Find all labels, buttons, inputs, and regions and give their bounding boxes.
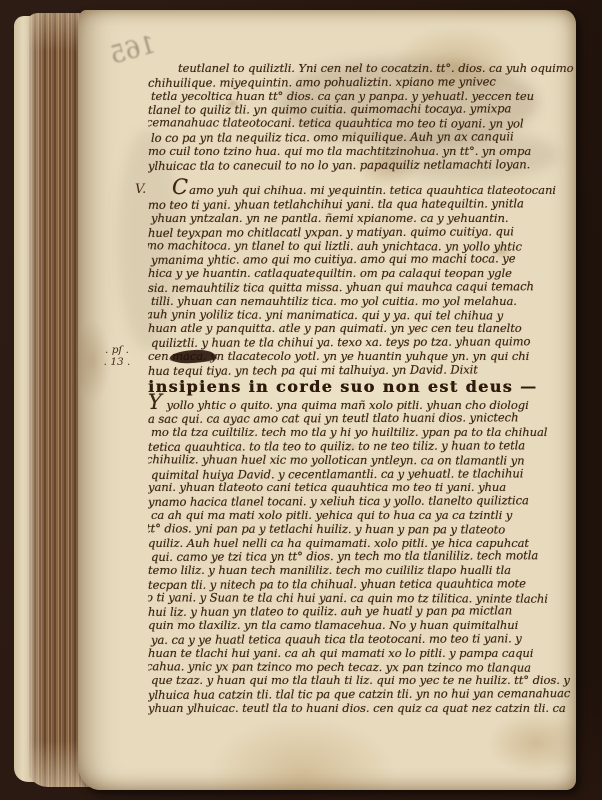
manuscript-line: ylhuica hua catzin tli. tlal tic pa que …	[148, 687, 576, 703]
manuscript-line: ya. ca y ye huatl tetica quauh tica tla …	[151, 632, 576, 648]
margin-psalm-citation: . pſ . . 13 .	[100, 344, 134, 368]
manuscript-line: tt° dios. yni pan pa y tetlachi huiliz. …	[148, 522, 576, 537]
manuscript-line: quimital huiya David. y cecentlamantli. …	[151, 467, 576, 483]
manuscript-paragraph-3: Y yollo yhtic o quito. yna quima mañ xol…	[148, 396, 576, 716]
manuscript-line: hua tequi tiya. yn tech pa qui mi talhui…	[148, 363, 576, 379]
manuscript-line: mo teo ti yani. yhuan tetlahchihui yani.…	[148, 197, 576, 213]
open-book-photo: 165 V. . pſ . . 13 . teutlanel to quiliz…	[0, 0, 602, 800]
manuscript-line: yhuan ylhuicac. teutl tla to huani dios.…	[148, 702, 576, 716]
manuscript-line: teutlanel to quiliztli. Yni cen nel to c…	[148, 62, 576, 76]
manuscript-line: lo co pa yn tla nequiliz tica. omo miqui…	[151, 130, 576, 146]
manuscript-paragraph-1: teutlanel to quiliztli. Yni cen nel to c…	[148, 62, 576, 172]
latin-psalm-quote: insipiens in corde suo non est deus —	[148, 378, 576, 396]
manuscript-line: ylhuicac tla to canecuil to no lo yan. p…	[148, 158, 576, 174]
manuscript-line: qui. camo ye tzi tica yn tt° dios. yn te…	[151, 549, 576, 565]
manuscript-text: teutlanel to quiliztli. Yni cen nel to c…	[148, 62, 576, 716]
manuscript-line: tilli. yhuan can nemauhtiliz tica. mo yo…	[151, 295, 576, 309]
margin-psalm-number: . 13 .	[100, 356, 134, 368]
manuscript-line: ymanima yhtic. amo qui mo cuitiya. amo q…	[151, 252, 576, 268]
manuscript-paragraph-2: Camo yuh qui chihua. mi yequintin. tetic…	[148, 181, 576, 377]
manuscript-line: a sac qui. ca ayac amo cat qui yn teutl …	[148, 411, 576, 427]
margin-section-mark: V.	[135, 182, 146, 197]
manuscript-line: ynamo hacica tlanel tocani. y xeliuh tic…	[148, 494, 576, 510]
manuscript-page: 165 V. . pſ . . 13 . teutlanel to quiliz…	[78, 10, 576, 790]
manuscript-line: hui liz. y huan yn tlateo to quiliz. auh…	[148, 605, 576, 621]
manuscript-line: auh ynin yoliliz tica. yni manimatica. q…	[148, 308, 576, 323]
margin-psalm-abbrev: . pſ .	[100, 344, 134, 356]
manuscript-line: chihuilique. miyequintin. amo pohualizti…	[148, 75, 576, 91]
manuscript-line: sia. nemauhtiliz tica quitta missa. yhua…	[148, 280, 576, 296]
manuscript-line: quiliztli. y huan te tla chihui ya. texo…	[151, 335, 576, 351]
manuscript-line: cahua. ynic yx pan tzinco mo pech tecaz.…	[148, 660, 576, 675]
